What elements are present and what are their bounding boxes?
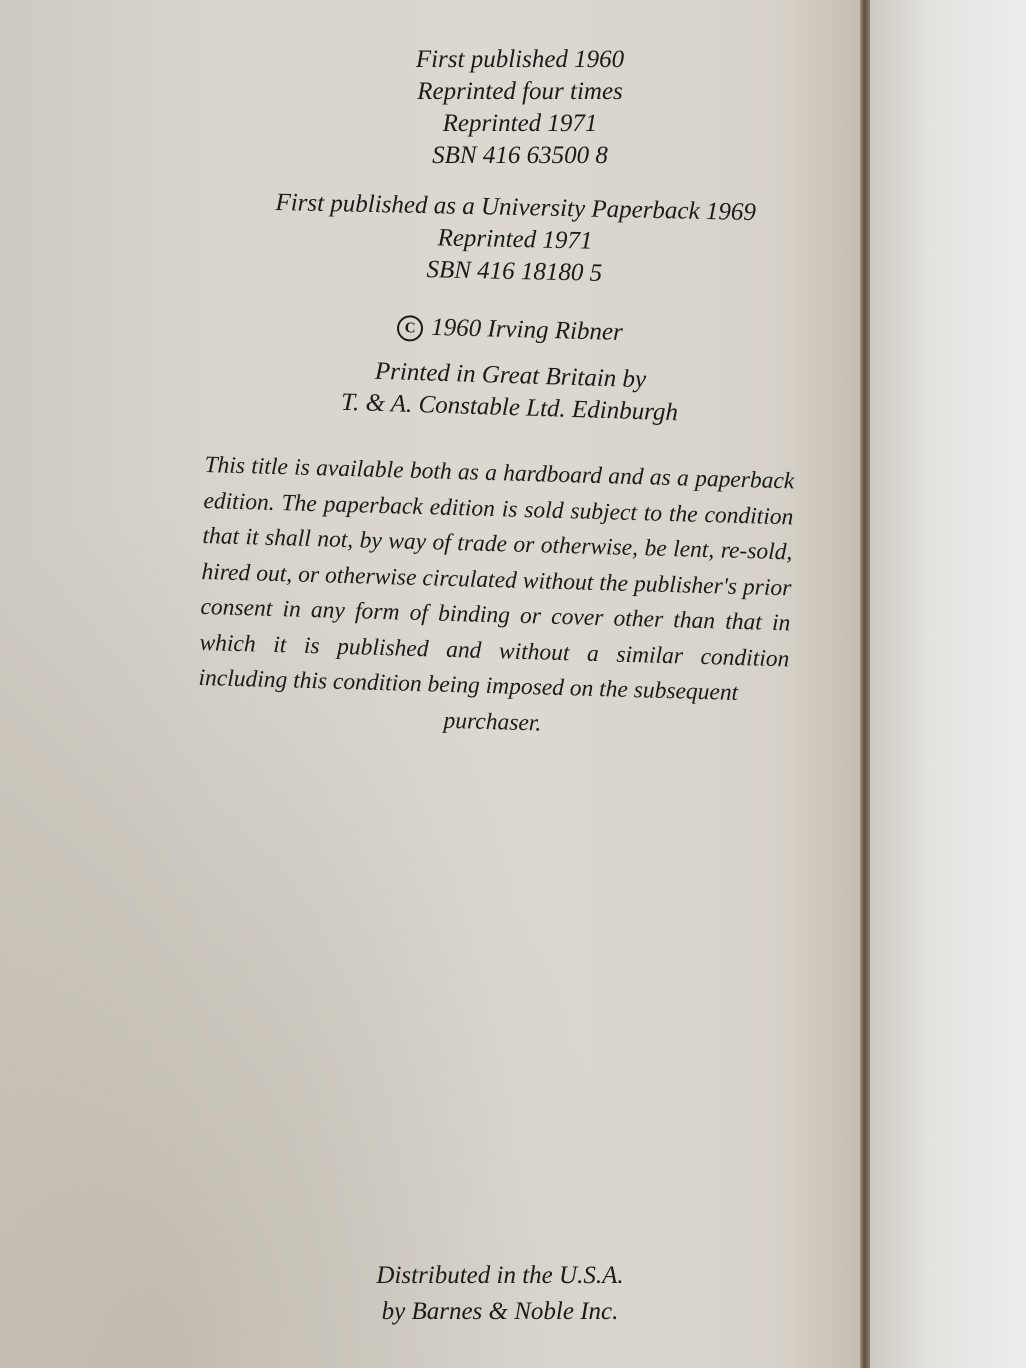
sbn-hardback-line: SBN 416 63500 8 (405, 140, 635, 172)
copyright-text: 1960 Irving Ribner (431, 314, 623, 346)
copyright-icon: C (397, 315, 424, 342)
reprint-year-line: Reprinted 1971 (405, 108, 635, 140)
reprint-count-line: Reprinted four times (405, 76, 635, 108)
facing-page-edge (870, 0, 1026, 1368)
book-gutter (860, 0, 870, 1368)
sale-conditions-notice: This title is available both as a hardbo… (197, 448, 795, 748)
distribution-block: Distributed in the U.S.A. by Barnes & No… (330, 1258, 670, 1330)
distributed-line: Distributed in the U.S.A. (330, 1258, 670, 1294)
book-page: First published 1960 Reprinted four time… (0, 0, 865, 1368)
printer-block: Printed in Great Britain by T. & A. Cons… (299, 353, 721, 430)
distributor-line: by Barnes & Noble Inc. (330, 1294, 670, 1330)
notice-body: This title is available both as a hardbo… (198, 452, 794, 706)
first-edition-block: First published 1960 Reprinted four time… (405, 44, 635, 172)
paperback-edition-block: First published as a University Paperbac… (249, 186, 781, 293)
first-published-line: First published 1960 (405, 44, 635, 76)
copyright-line: C1960 Irving Ribner (380, 313, 641, 348)
